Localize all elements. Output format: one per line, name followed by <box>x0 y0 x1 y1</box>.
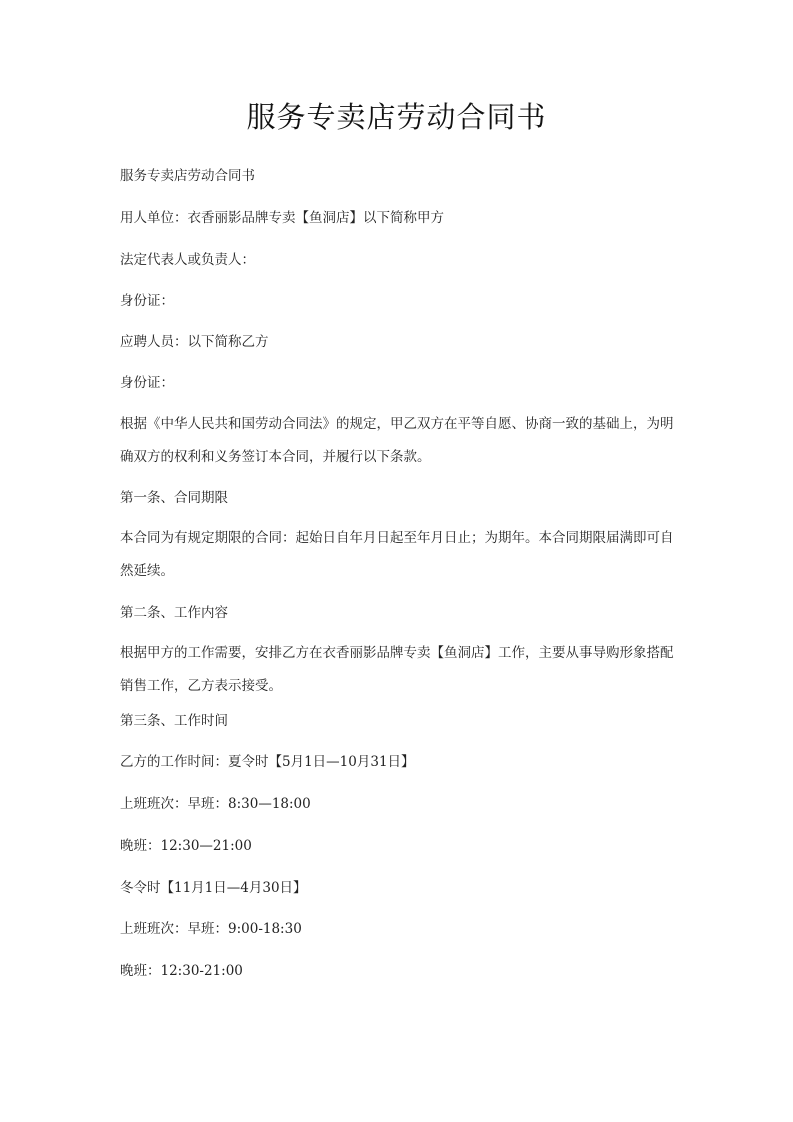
employee-id-paragraph: 身份证： <box>120 367 680 400</box>
summer-early-shift: 上班班次：早班：8:30—18:00 <box>120 788 680 821</box>
article-2-body: 根据甲方的工作需要，安排乙方在衣香丽影品牌专卖【鱼洞店】工作，主要从事导购形象搭… <box>120 637 680 703</box>
article-1-body: 本合同为有规定期限的合同：起始日自年月日起至年月日止；为期年。本合同期限届满即可… <box>120 522 680 588</box>
article-1-heading: 第一条、合同期限 <box>120 482 680 515</box>
legal-rep-paragraph: 法定代表人或负责人： <box>120 244 680 277</box>
document-title: 服务专卖店劳动合同书 <box>0 95 793 136</box>
summer-hours: 乙方的工作时间：夏令时【5月1日—10月31日】 <box>120 746 680 779</box>
subtitle-paragraph: 服务专卖店劳动合同书 <box>120 160 680 193</box>
employer-id-paragraph: 身份证： <box>120 285 680 318</box>
winter-early-shift: 上班班次：早班：9:00-18:30 <box>120 913 680 946</box>
article-3-heading: 第三条、工作时间 <box>120 705 680 738</box>
article-2-heading: 第二条、工作内容 <box>120 597 680 630</box>
winter-hours: 冬令时【11月1日—4月30日】 <box>120 872 680 905</box>
winter-late-shift: 晚班：12:30-21:00 <box>120 955 680 988</box>
summer-late-shift: 晚班：12:30—21:00 <box>120 830 680 863</box>
employee-paragraph: 应聘人员：以下简称乙方 <box>120 326 680 359</box>
employer-paragraph: 用人单位：衣香丽影品牌专卖【鱼洞店】以下简称甲方 <box>120 202 680 235</box>
preamble-paragraph: 根据《中华人民共和国劳动合同法》的规定，甲乙双方在平等自愿、协商一致的基础上，为… <box>120 408 680 474</box>
